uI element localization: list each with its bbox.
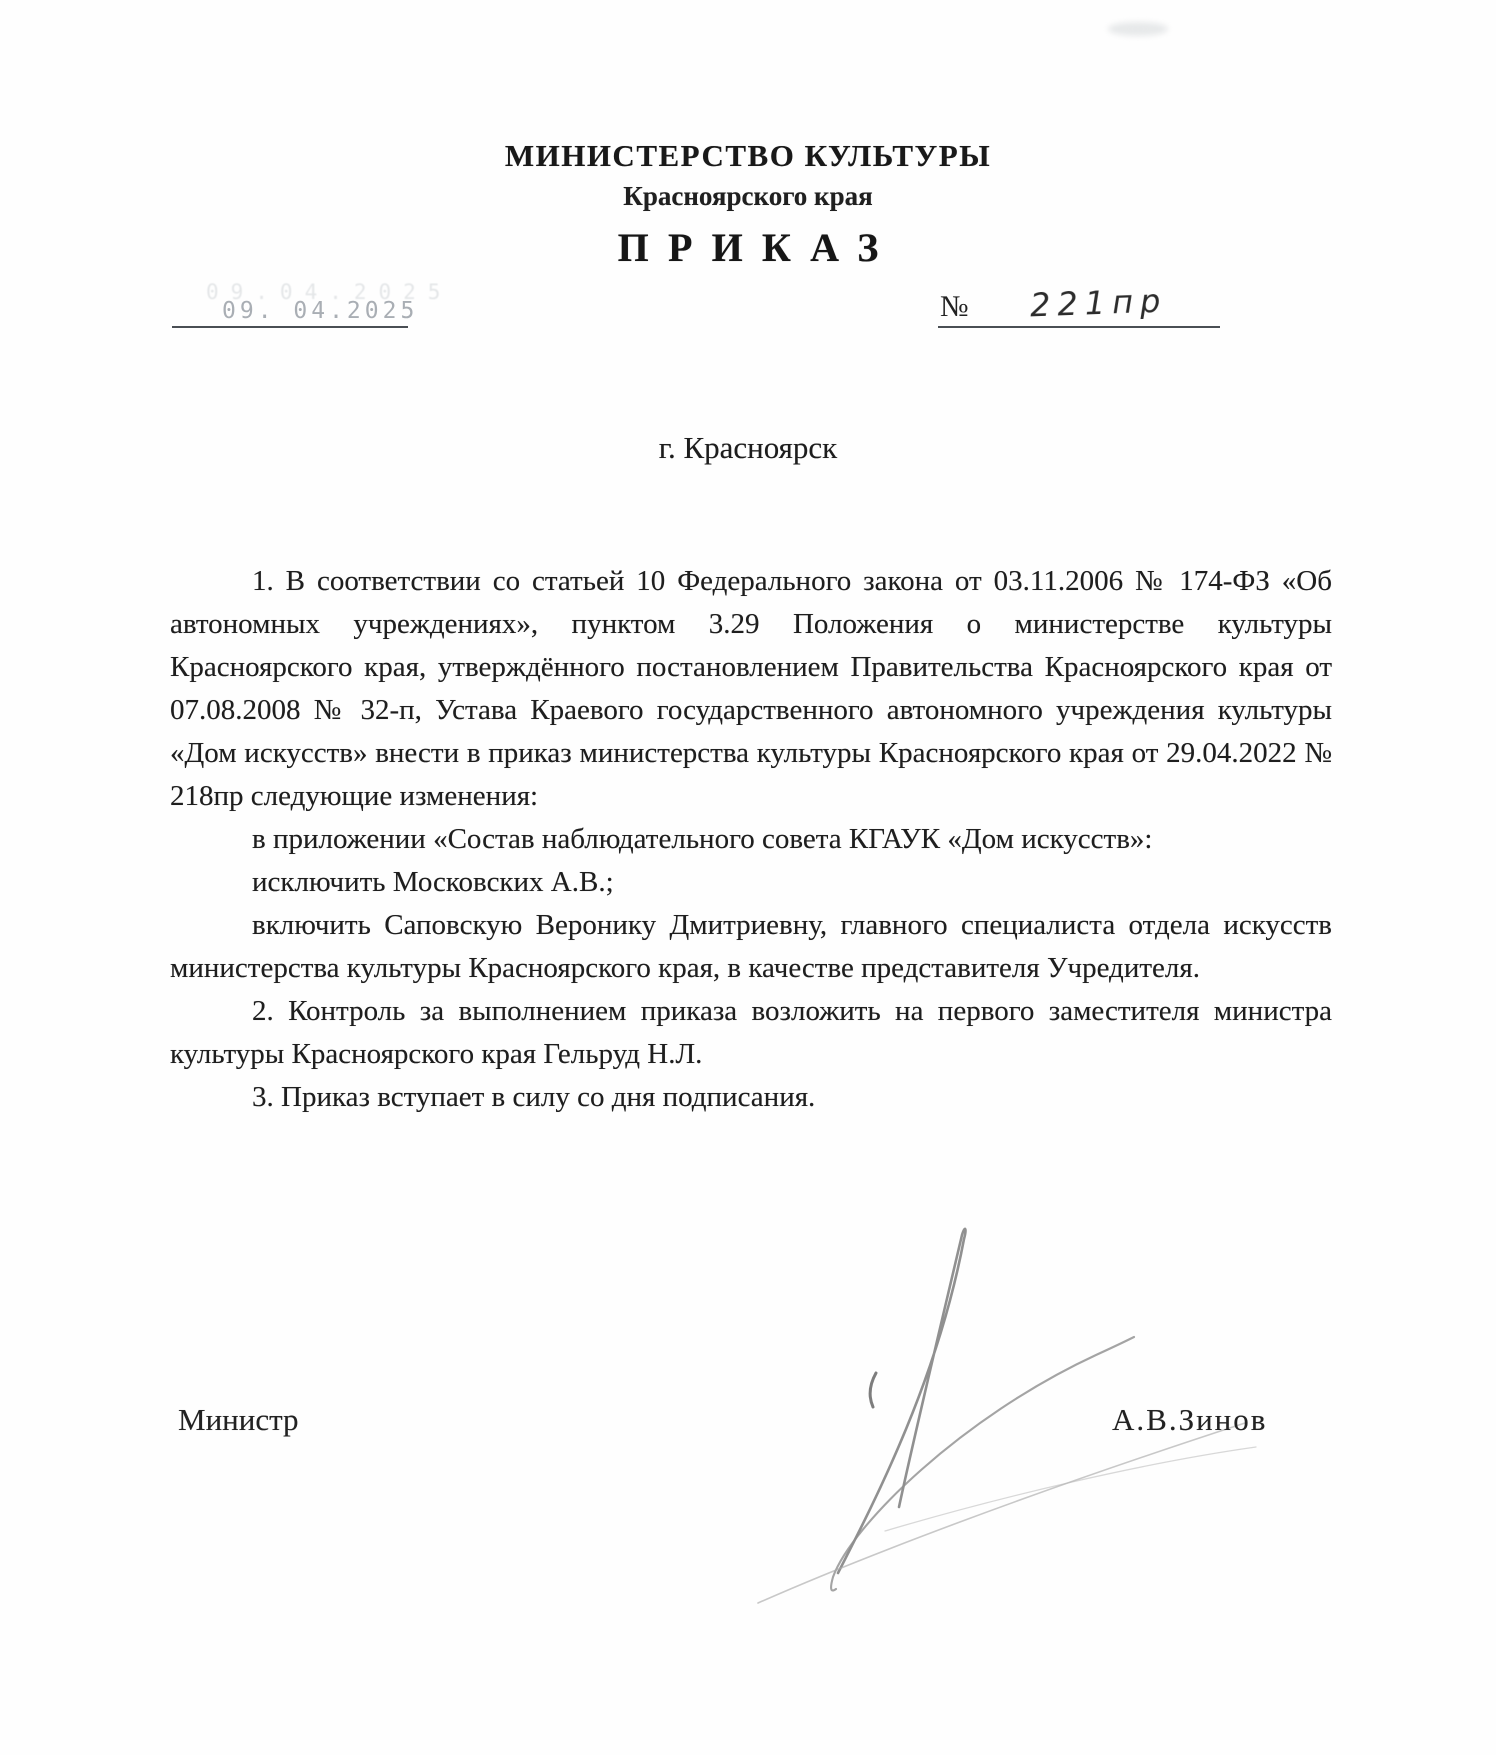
paragraph-2: в приложении «Состав наблюдательного сов… bbox=[170, 818, 1332, 861]
place-line: г. Красноярск bbox=[0, 430, 1496, 466]
document-type-title: ПРИКАЗ bbox=[0, 224, 1496, 271]
paragraph-4: включить Саповскую Веронику Дмитриевну, … bbox=[170, 904, 1332, 990]
ministry-name: МИНИСТЕРСТВО КУЛЬТУРЫ bbox=[0, 138, 1496, 174]
date-field: 09.04.2025 09. 04.2025 bbox=[172, 282, 408, 328]
scan-smudge bbox=[1108, 22, 1168, 36]
region-name: Красноярского края bbox=[0, 181, 1496, 212]
paragraph-6: 3. Приказ вступает в силу со дня подписа… bbox=[170, 1076, 1332, 1119]
paragraph-5: 2. Контроль за выполнением приказа возло… bbox=[170, 990, 1332, 1076]
order-document-page: МИНИСТЕРСТВО КУЛЬТУРЫ Красноярского края… bbox=[0, 0, 1496, 1755]
signer-title: Министр bbox=[178, 1402, 299, 1438]
document-header: МИНИСТЕРСТВО КУЛЬТУРЫ Красноярского края… bbox=[0, 138, 1496, 271]
number-field: № 221пр bbox=[938, 282, 1220, 328]
handwritten-order-number: 221пр bbox=[1029, 282, 1168, 325]
paragraph-1: 1. В соответствии со статьей 10 Федераль… bbox=[170, 560, 1332, 818]
signer-name: А.В.Зинов bbox=[1112, 1402, 1267, 1438]
paragraph-3: исключить Московских А.В.; bbox=[170, 861, 1332, 904]
order-body: 1. В соответствии со статьей 10 Федераль… bbox=[170, 560, 1332, 1119]
date-stamp: 09. 04.2025 bbox=[222, 298, 418, 324]
number-sign: № bbox=[940, 290, 969, 324]
